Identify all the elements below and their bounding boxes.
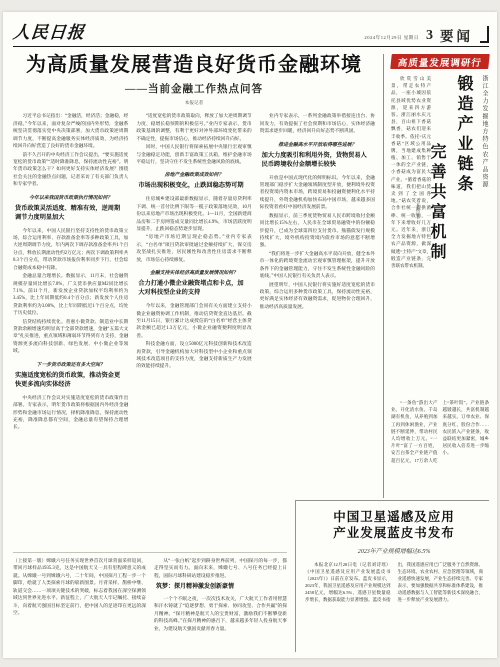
main-article: 为高质量发展营造良好货币金融环境 ——当前金融工作热点问答 本报记者 习近平总书…	[13, 54, 375, 537]
subheading: 市场出现积极变化，止跌回稳态势可期	[138, 182, 249, 191]
paragraph: “我们将进一步扩大金融高水平双向开放，健全本外币一体化的跨境资金流动宏观审慎管理…	[260, 251, 375, 281]
sidebar-intro-text: 欣赏雪山美景，带走农特产品，一座小城因依托县域优势农业资源，迎来四方游客。浙江丽…	[391, 75, 431, 393]
subheading: 货币政策灵活适度、精准有效，逆周期调节力度明显加大	[15, 205, 126, 223]
subheading: 实施适度宽松的货币政策，推动资金更快更多流向实体经济	[15, 372, 126, 390]
paragraph: 习近平总书记指出：“金融活，经济活；金融稳，经济稳。”今年以来，面对复杂严峻的国…	[13, 113, 128, 150]
newspaper-page: 人民日报 2024年12月29日 星期日 3 要闻 为高质量发展营造良好货币金融…	[3, 12, 497, 658]
paragraph: 同时，中国人民银行将探索拓展中央银行宏观审慎与金融稳定功能，创新丰富政策工具箱，…	[136, 144, 251, 166]
article-column-2: “适度宽松的货币政策取向，释放了加大逆周期调节力度、稳增长稳预期的积极信号。”业…	[136, 113, 251, 537]
question-line: 金融支持实体经济高质量发展情况如何？	[136, 269, 251, 276]
paragraph: “一条鱼”游出大产业。开化清水鱼、千岛湖有机鱼，从养殖到加工再到休闲渔业，产业链…	[391, 399, 489, 464]
bluebook-article: 中国卫星遥感及应用 产业发展蓝皮书发布 2023年产业规模增幅达6.5% 本报北…	[295, 500, 489, 652]
paragraph: 中央经济工作会议对实施适度宽松的货币政策作出部署。专家表示，明年货币政策将根据国…	[13, 395, 128, 432]
sidebar-article: 高质量发展调研行 浙江全力发掘地方特色农产品资源 锻造产业链条 完善共富机制 本…	[391, 54, 489, 498]
question-line: 今年以来我国货币政策执行情况如何？	[13, 194, 128, 201]
page-number: 3	[426, 29, 433, 43]
paragraph: （上接第一版）嫦娥六号任务实现世界首次月球背面采样返回，带回月球样品1935.3…	[13, 558, 146, 617]
question-line: 下一步货币政策还有多大空间？	[13, 361, 128, 368]
page-header: 人民日报 2024年12月29日 星期日 3 要闻	[13, 20, 489, 47]
section-title: 要闻	[440, 30, 473, 44]
paragraph: 一个个不眠之夜，一次次技术攻关，广大航天工作者用智慧和汗水铸就了“追逐梦想、勇于…	[154, 596, 287, 633]
article-column-3: 业内专家表示，一系列金融政策举措接连出台、协同发力，有效提振了社会预期和市场信心…	[260, 113, 375, 537]
corner-bracket-icon	[480, 26, 489, 43]
continuation-column-2: 从“一张白纸”起步到跻身世界前列，中国探月的每一步，都走得坚实而有力。面向未来，…	[154, 558, 287, 650]
subheading: 加大力度吸引和利用外资，货物贸易人民币跨境收付金额增长较快	[262, 152, 373, 170]
paragraph: 展望明年，中国人民银行将实施好适度宽松的货币政策，综合运用多种货币政策工具，保持…	[260, 282, 375, 312]
continuation-strip: （上接第一版）嫦娥六号任务实现世界首次月球背面采样返回，带回月球样品1935.3…	[13, 552, 287, 650]
bluebook-title-line1: 中国卫星遥感及应用	[305, 509, 483, 525]
bluebook-subtitle: 2023年产业规模增幅达6.5%	[305, 546, 483, 555]
paragraph: 今年以来，中国人民银行坚持支持性的货币政策立场，综合运用利率、存款准备金率等多种…	[13, 228, 128, 273]
paragraph: 数据显示，前三季度货物贸易人民币跨境收付金额同比增长15%左右，人民币在全球贸易…	[260, 213, 375, 250]
paragraph: 欣赏雪山美景，带走农特产品，一座小城因依托县域优势农业资源，迎来四方游客。浙江丽…	[391, 75, 431, 269]
paragraph: “房地产市场近期呈现企稳态势。”业内专家表示，“白名单”项目贷款审批通过金额持续…	[136, 234, 251, 264]
question-line: 房地产金融政策成效如何？	[136, 171, 251, 178]
masthead-logo: 人民日报	[12, 18, 86, 43]
paragraph: “适度宽松的货币政策取向，释放了加大逆周期调节力度、稳增长稳预期的积极信号。”业…	[136, 113, 251, 143]
question-line: 推进金融高水平开放取得哪些进展？	[260, 141, 375, 148]
header-right: 2024年12月29日 星期日 3 要闻	[364, 26, 489, 43]
article-columns: 习近平总书记指出：“金融活，经济活；金融稳，经济稳。”今年以来，面对复杂严峻的国…	[13, 113, 375, 537]
continuation-column-1: （上接第一版）嫦娥六号任务实现世界首次月球背面采样返回，带回月球样品1935.3…	[13, 558, 146, 650]
paragraph: 今年以来，金融管理部门会同有关方面建立支持小微企业融资协调工作机制，推动信贷资金…	[136, 303, 251, 340]
paragraph: 从“一张白纸”起步到跻身世界前列，中国探月的每一步，都走得坚实而有力。面向未来，…	[154, 558, 287, 580]
paragraph: 科技金融方面，设立5000亿元科技创新和技术改造再贷款，引导金融机构加大对科技型…	[136, 341, 251, 371]
continuation-heading: 筑梦：探月精神激发创新豪情	[156, 583, 285, 592]
sidebar-kicker: 浙江全力发掘地方特色农产品资源	[480, 75, 489, 397]
main-byline: 本报记者	[13, 100, 375, 106]
article-column-1: 习近平总书记指出：“金融活，经济活；金融稳，经济稳。”今年以来，面对复杂严峻的国…	[13, 113, 128, 537]
article-column-3-inner: 业内专家表示，一系列金融政策举措接连出台、协同发力，有效提振了社会预期和市场信心…	[260, 113, 375, 312]
subheading: 合力打通小微企业融资堵点和卡点，加大对科技型企业的支持	[138, 280, 249, 298]
paragraph: 本报北京12月28日电（记者刘诗瑶）《中国卫星遥感及应用产业发展蓝皮书（2023…	[305, 561, 483, 605]
sidebar-body-text: “一条鱼”游出大产业。开化清水鱼、千岛湖有机鱼，从养殖到加工再到休闲渔业，产业链…	[391, 399, 489, 497]
paragraph: 金融总量合理增长。数据显示，11月末，社会融资规模存量同比增长7.8%，广义货币…	[13, 273, 128, 318]
paragraph: 住房城乡建设部最新数据显示，随着存量房贷利率下调、统一首付比例下限等一揽子政策落…	[136, 196, 251, 233]
column-banner: 高质量发展调研行	[390, 54, 490, 69]
paragraph: 前不久召开的中央经济工作会议提出，“要实施适度宽松的货币政策”“适时降准降息，保…	[13, 152, 128, 189]
paragraph: 信贷结构持续优化。普惠小微贷款、制造业中长期贷款余额增速均明显高于全部贷款增速，…	[13, 319, 128, 356]
main-headline: 为高质量发展营造良好货币金融环境	[13, 54, 375, 76]
bluebook-title-line2: 产业发展蓝皮书发布	[305, 525, 483, 541]
page-date: 2024年12月29日 星期日	[364, 35, 419, 43]
sidebar-title-line1: 锻造产业链条	[452, 75, 475, 397]
main-subtitle: ——当前金融工作热点问答	[13, 81, 375, 96]
bluebook-body: 本报北京12月28日电（记者刘诗瑶）《中国卫星遥感及应用产业发展蓝皮书（2023…	[305, 561, 483, 653]
paragraph: 业内专家表示，一系列金融政策举措接连出台、协同发力，有效提振了社会预期和市场信心…	[260, 113, 375, 135]
sidebar-body: 浙江全力发掘地方特色农产品资源 锻造产业链条 完善共富机制 本报记者 欣赏雪山美…	[391, 75, 489, 498]
sidebar-divider	[383, 54, 384, 498]
paragraph: 开放是中国式现代化的鲜明标识。今年以来，金融管理部门稳步扩大金融领域制度型开放，…	[260, 175, 375, 212]
